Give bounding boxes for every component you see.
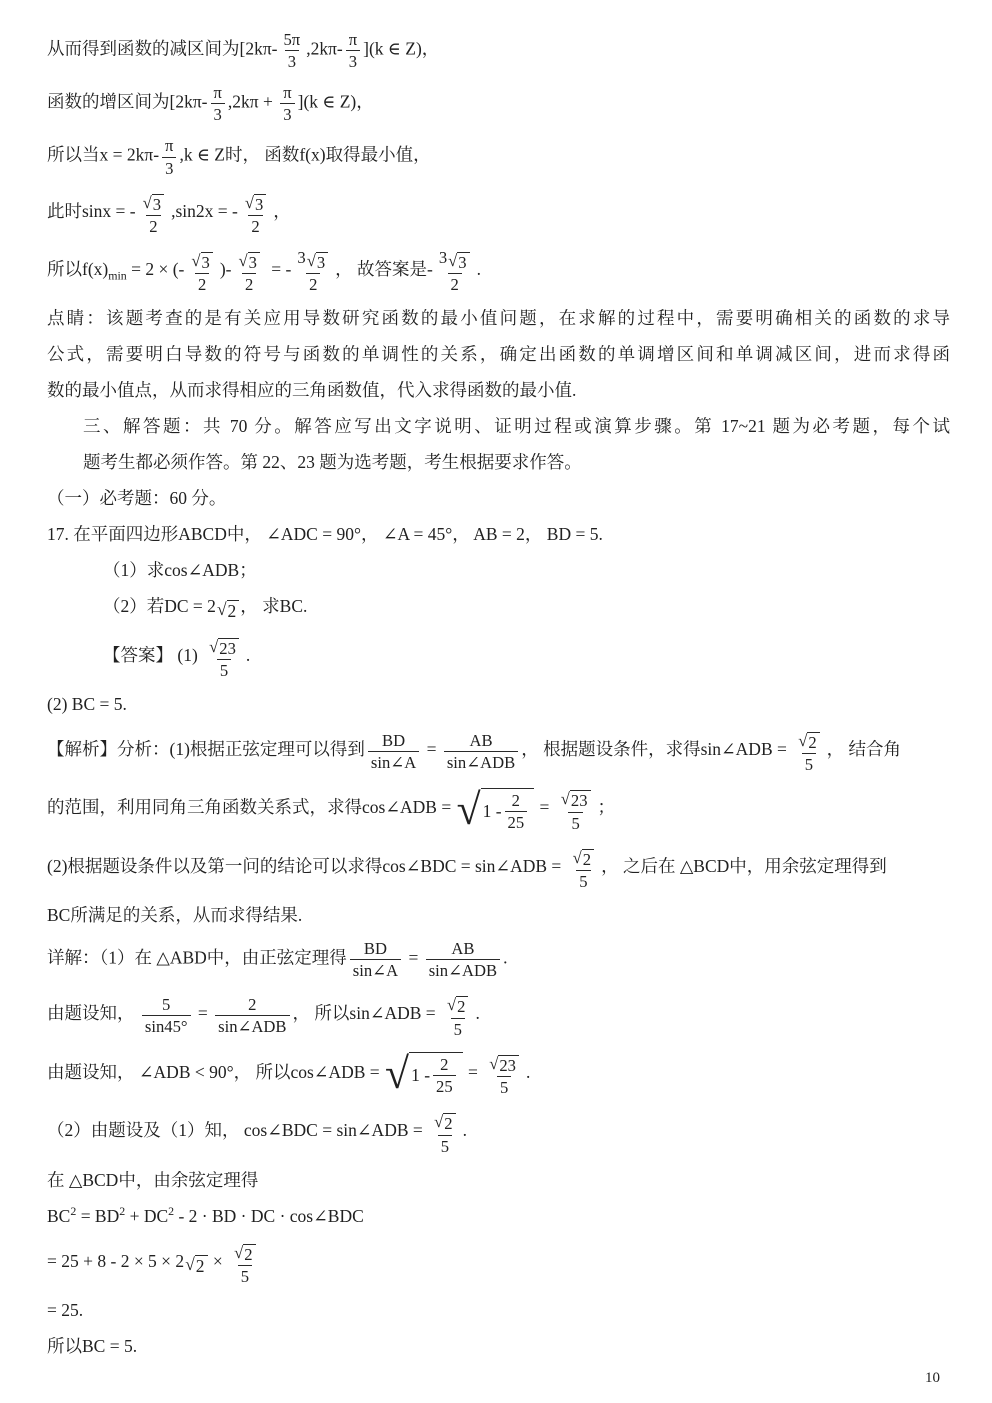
doc-line: 的范围，利用同角三角函数关系式，求得cos∠ADB = √1 - 225 = √… — [47, 786, 950, 832]
fraction-numerator: π — [280, 83, 294, 103]
fraction: √25 — [430, 1109, 459, 1155]
doc-line: 所以f(x)min = 2 × (-√32)-√32 = -3√32， 故答案是… — [47, 248, 950, 294]
fraction-numerator: √23 — [205, 634, 243, 659]
radicand: 23 — [570, 790, 591, 810]
doc-line: BC2 = BD2 + DC2 - 2 · BD · DC · cos∠BDC — [47, 1204, 950, 1228]
fraction: 3√32 — [436, 248, 474, 294]
fraction-denominator: 5 — [568, 812, 582, 833]
fraction-numerator: π — [211, 83, 225, 103]
square-root: √3 — [238, 252, 259, 272]
doc-line: （2）由题设及（1）知， cos∠BDC = sin∠ADB = √25. — [47, 1109, 950, 1155]
fraction-denominator: 5 — [238, 1265, 252, 1286]
fraction-denominator: 5 — [438, 1135, 452, 1156]
square-root: √3 — [448, 252, 469, 272]
radical-sign: √ — [457, 789, 481, 833]
doc-line: BC所满足的关系，从而求得结果. — [47, 903, 950, 927]
square-root: √2 — [434, 1113, 455, 1133]
radicand: 23 — [218, 638, 239, 658]
page-number: 10 — [925, 1370, 940, 1387]
doc-line: 【解析】分析：(1)根据正弦定理可以得到BDsin∠A = ABsin∠ADB，… — [47, 728, 950, 774]
fraction: 2sin∠ADB — [215, 995, 289, 1036]
radical-sign: √ — [191, 252, 200, 269]
fraction-numerator: AB — [448, 939, 477, 959]
doc-line: 题考生都必须作答。第 22、23 题为选考题，考生根据要求作答。 — [83, 450, 950, 474]
fraction-denominator: sin∠ADB — [215, 1015, 289, 1036]
fraction: BDsin∠A — [350, 939, 401, 980]
radical-sign: √ — [143, 194, 152, 211]
fraction-denominator: 5 — [217, 659, 231, 680]
radical-sign: √ — [434, 1113, 443, 1130]
radicand: 3 — [152, 194, 164, 214]
fraction-numerator: √2 — [430, 1109, 459, 1134]
fraction-numerator: √3 — [234, 248, 263, 273]
fraction-denominator: sin45° — [142, 1015, 191, 1036]
radical-sign: √ — [234, 1244, 243, 1261]
fraction-denominator: 3 — [162, 157, 176, 178]
radicand: 3 — [248, 252, 260, 272]
fraction: π3 — [211, 83, 225, 124]
superscript: 2 — [119, 1204, 125, 1218]
fraction-numerator: 2 — [245, 995, 259, 1015]
fraction: √25 — [443, 992, 472, 1038]
fraction-numerator: 3√3 — [294, 248, 332, 273]
radicand: 3 — [201, 252, 213, 272]
superscript: 2 — [168, 1204, 174, 1218]
fraction: √235 — [485, 1051, 523, 1097]
fraction-numerator: 2 — [437, 1055, 451, 1075]
fraction-numerator: 5π — [281, 30, 304, 50]
fraction-numerator: 2 — [509, 791, 523, 811]
fraction-denominator: sin∠ADB — [444, 751, 518, 772]
fraction-numerator: √2 — [794, 728, 823, 753]
fraction-denominator: 3 — [211, 103, 225, 124]
fraction: 225 — [433, 1055, 456, 1096]
fraction-denominator: 25 — [505, 811, 528, 832]
fraction-denominator: 2 — [306, 273, 320, 294]
fraction-denominator: 25 — [433, 1075, 456, 1096]
fraction-denominator: 5 — [576, 870, 590, 891]
square-root: √3 — [307, 252, 328, 272]
doc-line: 点睛：该题考查的是有关应用导数研究函数的最小值问题，在求解的过程中，需要明确相关… — [47, 306, 950, 330]
fraction-numerator: √2 — [569, 845, 598, 870]
square-root: √23 — [561, 790, 591, 810]
fraction-numerator: √23 — [557, 786, 595, 811]
square-root: √1 - 225 — [385, 1052, 463, 1096]
fraction-numerator: √3 — [241, 190, 270, 215]
square-root: √23 — [209, 638, 239, 658]
radical-sign: √ — [245, 194, 254, 211]
square-root: √2 — [447, 996, 468, 1016]
document-body: 从而得到函数的减区间为[2kπ-5π3,2kπ-π3](k ∈ Z)，函数的增区… — [47, 30, 950, 1358]
fraction: √32 — [234, 248, 263, 294]
fraction: 225 — [505, 791, 528, 832]
fraction: 3√32 — [294, 248, 332, 294]
fraction-numerator: √2 — [230, 1240, 259, 1265]
radicand: 23 — [498, 1055, 519, 1075]
radicand: 3 — [316, 252, 328, 272]
radicand: 2 — [456, 996, 468, 1016]
radical-sign: √ — [561, 790, 570, 807]
radicand: 2 — [243, 1244, 255, 1264]
subscript: min — [108, 269, 127, 283]
fraction-numerator: π — [162, 136, 176, 156]
doc-line: (2)根据题设条件以及第一问的结论可以求得cos∠BDC = sin∠ADB =… — [47, 845, 950, 891]
doc-line: （一）必考题：60 分。 — [47, 486, 950, 510]
doc-line: （1）求cos∠ADB； — [103, 558, 950, 582]
doc-line: 所以BC = 5. — [47, 1334, 950, 1358]
document-page: { "page": { "number": "10", "background"… — [0, 0, 992, 1403]
fraction-denominator: sin∠A — [350, 959, 401, 980]
radical-sign: √ — [798, 732, 807, 749]
fraction: ABsin∠ADB — [444, 731, 518, 772]
radical-sign: √ — [448, 252, 457, 269]
fraction-denominator: 5 — [451, 1018, 465, 1039]
radicand: 3 — [254, 194, 266, 214]
fraction-numerator: √3 — [139, 190, 168, 215]
radicand: 2 — [195, 1255, 208, 1276]
doc-line: 由题设知， 5sin45° = 2sin∠ADB， 所以sin∠ADB = √2… — [47, 992, 950, 1038]
doc-line: 由题设知， ∠ADB < 90°， 所以cos∠ADB = √1 - 225 =… — [47, 1051, 950, 1097]
radical-sign: √ — [217, 600, 227, 618]
square-root: √3 — [245, 194, 266, 214]
fraction-numerator: BD — [379, 731, 408, 751]
doc-line: 从而得到函数的减区间为[2kπ-5π3,2kπ-π3](k ∈ Z)， — [47, 30, 950, 71]
doc-line: （2）若DC = 2√2， 求BC. — [103, 594, 950, 621]
radical-sign: √ — [209, 638, 218, 655]
radical-sign: √ — [307, 252, 316, 269]
fraction: BDsin∠A — [368, 731, 419, 772]
fraction-numerator: AB — [466, 731, 495, 751]
radicand: 2 — [227, 600, 240, 621]
doc-line: 此时sinx = -√32,sin2x = -√32， — [47, 190, 950, 236]
fraction: 5sin45° — [142, 995, 191, 1036]
fraction: 5π3 — [281, 30, 304, 71]
fraction: ABsin∠ADB — [426, 939, 500, 980]
doc-line: 详解：（1）在 △ABD中，由正弦定理得BDsin∠A = ABsin∠ADB. — [47, 939, 950, 980]
doc-line: 在 △BCD中，由余弦定理得 — [47, 1168, 950, 1192]
fraction: √235 — [557, 786, 595, 832]
fraction: π3 — [162, 136, 176, 177]
fraction: π3 — [346, 30, 360, 71]
fraction: √32 — [241, 190, 270, 236]
radical-sign: √ — [385, 1053, 409, 1097]
fraction-denominator: sin∠A — [368, 751, 419, 772]
fraction-numerator: √3 — [187, 248, 216, 273]
radical-sign: √ — [185, 1255, 195, 1273]
radical-sign: √ — [238, 252, 247, 269]
fraction-denominator: 2 — [242, 273, 256, 294]
square-root: √3 — [143, 194, 164, 214]
radical-sign: √ — [489, 1055, 498, 1072]
radicand: 2 — [807, 732, 819, 752]
superscript: 2 — [70, 1204, 76, 1218]
fraction-denominator: 5 — [802, 753, 816, 774]
radicand: 3 — [457, 252, 469, 272]
fraction: √25 — [794, 728, 823, 774]
doc-line: = 25. — [47, 1298, 950, 1322]
fraction-denominator: 2 — [195, 273, 209, 294]
square-root: √2 — [234, 1244, 255, 1264]
fraction-denominator: sin∠ADB — [426, 959, 500, 980]
fraction-numerator: √2 — [443, 992, 472, 1017]
radical-sign: √ — [573, 849, 582, 866]
fraction-denominator: 3 — [285, 50, 299, 71]
square-root: √1 - 225 — [457, 788, 535, 832]
doc-line: 所以当x = 2kπ-π3,k ∈ Z时， 函数f(x)取得最小值， — [47, 136, 950, 177]
square-root: √2 — [185, 1255, 207, 1276]
doc-line: 17. 在平面四边形ABCD中， ∠ADC = 90°， ∠A = 45°， A… — [47, 522, 950, 546]
fraction-numerator: 3√3 — [436, 248, 474, 273]
square-root: √2 — [798, 732, 819, 752]
radicand: 1 - 225 — [481, 788, 535, 832]
doc-line: 公式，需要明白导数的符号与函数的单调性的关系，确定出函数的单调增区间和单调减区间… — [47, 342, 950, 366]
doc-line: 三、解答题：共 70 分。解答应写出文字说明、证明过程或演算步骤。第 17~21… — [83, 414, 950, 438]
doc-line: = 25 + 8 - 2 × 5 × 2√2 × √25 — [47, 1240, 950, 1286]
fraction-denominator: 2 — [448, 273, 462, 294]
fraction-denominator: 5 — [497, 1076, 511, 1097]
radical-sign: √ — [447, 996, 456, 1013]
fraction-denominator: 3 — [346, 50, 360, 71]
fraction: √235 — [205, 634, 243, 680]
square-root: √23 — [489, 1055, 519, 1075]
fraction-numerator: 5 — [159, 995, 173, 1015]
radicand: 1 - 225 — [409, 1052, 463, 1096]
doc-line: 数的最小值点，从而求得相应的三角函数值，代入求得函数的最小值. — [47, 378, 950, 402]
fraction: π3 — [280, 83, 294, 124]
fraction: √32 — [187, 248, 216, 294]
fraction: √32 — [139, 190, 168, 236]
square-root: √3 — [191, 252, 212, 272]
square-root: √2 — [217, 600, 239, 621]
doc-line: 【答案】 (1) √235. — [103, 634, 950, 680]
fraction-denominator: 2 — [248, 215, 262, 236]
fraction-numerator: √23 — [485, 1051, 523, 1076]
fraction-numerator: π — [346, 30, 360, 50]
radicand: 2 — [443, 1113, 455, 1133]
doc-line: (2) BC = 5. — [47, 692, 950, 716]
square-root: √2 — [573, 849, 594, 869]
doc-line: 函数的增区间为[2kπ-π3,2kπ + π3](k ∈ Z)， — [47, 83, 950, 124]
fraction-denominator: 3 — [280, 103, 294, 124]
fraction-denominator: 2 — [146, 215, 160, 236]
radicand: 2 — [582, 849, 594, 869]
fraction: √25 — [569, 845, 598, 891]
fraction-numerator: BD — [361, 939, 390, 959]
fraction: √25 — [230, 1240, 259, 1286]
